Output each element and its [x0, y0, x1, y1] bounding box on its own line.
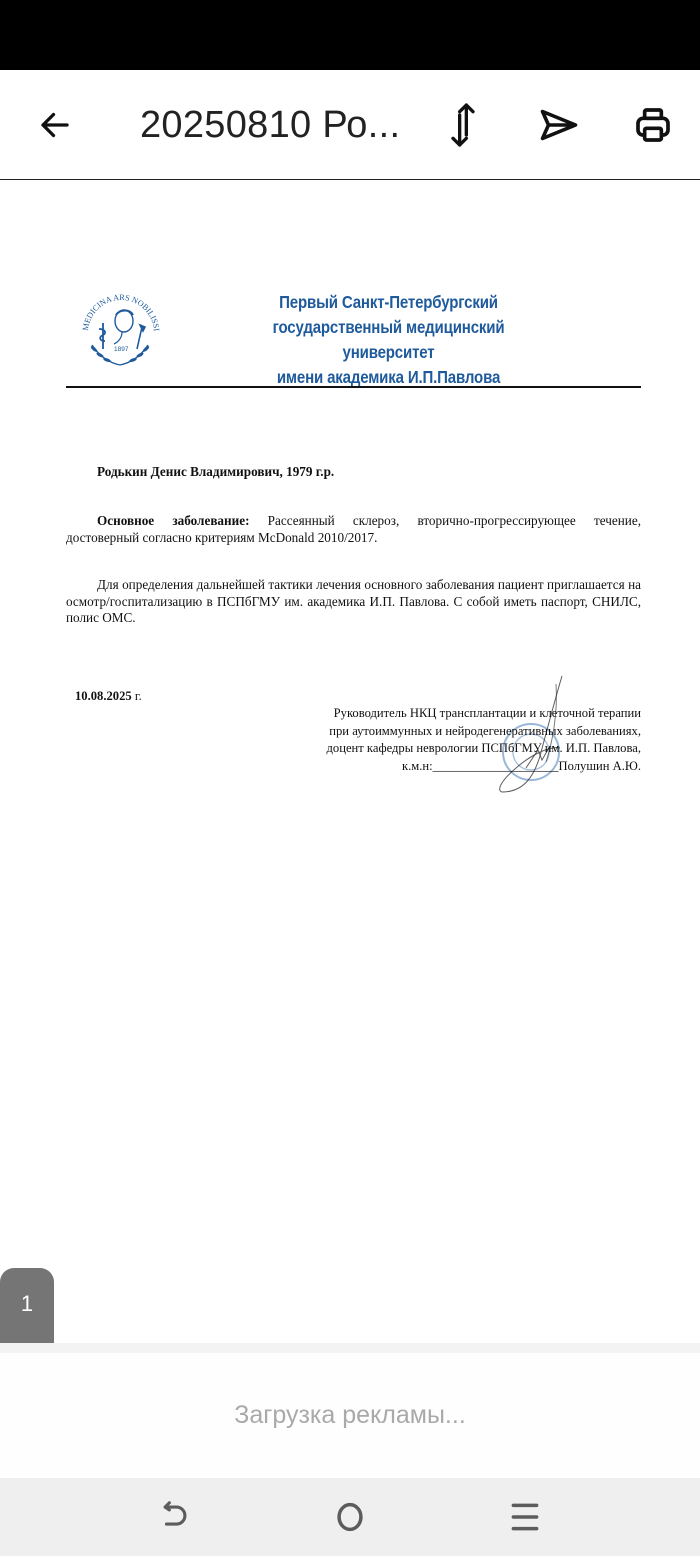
- signature-line-1: Руководитель НКЦ трансплантации и клеточ…: [327, 705, 642, 723]
- recents-icon: [510, 1501, 540, 1533]
- arrow-left-icon: [37, 107, 73, 143]
- diagnosis-label: Основное заболевание:: [97, 513, 249, 528]
- patient-line: Родькин Денис Владимирович, 1979 г.р.: [97, 464, 334, 481]
- university-name-line-1: Первый Санкт-Петербургский: [257, 290, 519, 315]
- signature-line-4: к.м.н:____________________Полушин А.Ю.: [327, 758, 642, 776]
- send-icon: [538, 107, 580, 143]
- invitation-paragraph: Для определения дальнейшей тактики лечен…: [66, 577, 641, 627]
- top-toolbar: 20250810 Ро...: [0, 70, 700, 180]
- ad-banner[interactable]: Загрузка рекламы...: [0, 1353, 700, 1478]
- signature-line-2: при аутоиммунных и нейродегенеративных з…: [327, 723, 642, 741]
- diagnosis-paragraph: Основное заболевание: Рассеянный склероз…: [66, 513, 641, 546]
- university-name: Первый Санкт-Петербургский государственн…: [257, 290, 519, 390]
- degree-label: к.м.н:: [402, 759, 433, 773]
- status-bar: [0, 0, 700, 70]
- vertical-arrows-icon: [443, 100, 483, 150]
- document-date: 10.08.2025 г.: [75, 688, 142, 705]
- signature-block: Руководитель НКЦ трансплантации и клеточ…: [327, 705, 642, 775]
- header-divider: [66, 386, 641, 388]
- home-icon: [335, 1501, 365, 1533]
- page-indicator[interactable]: 1: [0, 1268, 54, 1346]
- signature-line-3: доцент кафедры неврологии ПСПбГМУ им. И.…: [327, 740, 642, 758]
- system-navigation-bar: [0, 1478, 700, 1556]
- university-logo-icon: MEDICINA ARS NOBILISSIMA 1897: [76, 287, 164, 371]
- signature-blank: ____________________: [433, 759, 559, 773]
- ad-loading-text: Загрузка рекламы...: [234, 1401, 466, 1430]
- date-value: 10.08.2025: [75, 689, 132, 703]
- university-name-line-2: государственный медицинский университет: [257, 315, 519, 365]
- share-button[interactable]: [536, 102, 582, 148]
- ad-divider: [0, 1343, 700, 1353]
- nav-recents-button[interactable]: [500, 1496, 550, 1538]
- nav-home-button[interactable]: [325, 1496, 375, 1538]
- printer-icon: [633, 105, 673, 145]
- signer-name: Полушин А.Ю.: [559, 759, 641, 773]
- svg-text:MEDICINA ARS NOBILISSIMA: MEDICINA ARS NOBILISSIMA: [76, 287, 161, 332]
- document-title: 20250810 Ро...: [140, 104, 400, 147]
- back-button[interactable]: [32, 102, 78, 148]
- print-button[interactable]: [630, 102, 676, 148]
- scroll-direction-button[interactable]: [440, 102, 486, 148]
- date-suffix: г.: [132, 689, 142, 703]
- nav-back-button[interactable]: [150, 1496, 200, 1538]
- back-gesture-icon: [160, 1500, 190, 1534]
- svg-text:1897: 1897: [114, 346, 129, 353]
